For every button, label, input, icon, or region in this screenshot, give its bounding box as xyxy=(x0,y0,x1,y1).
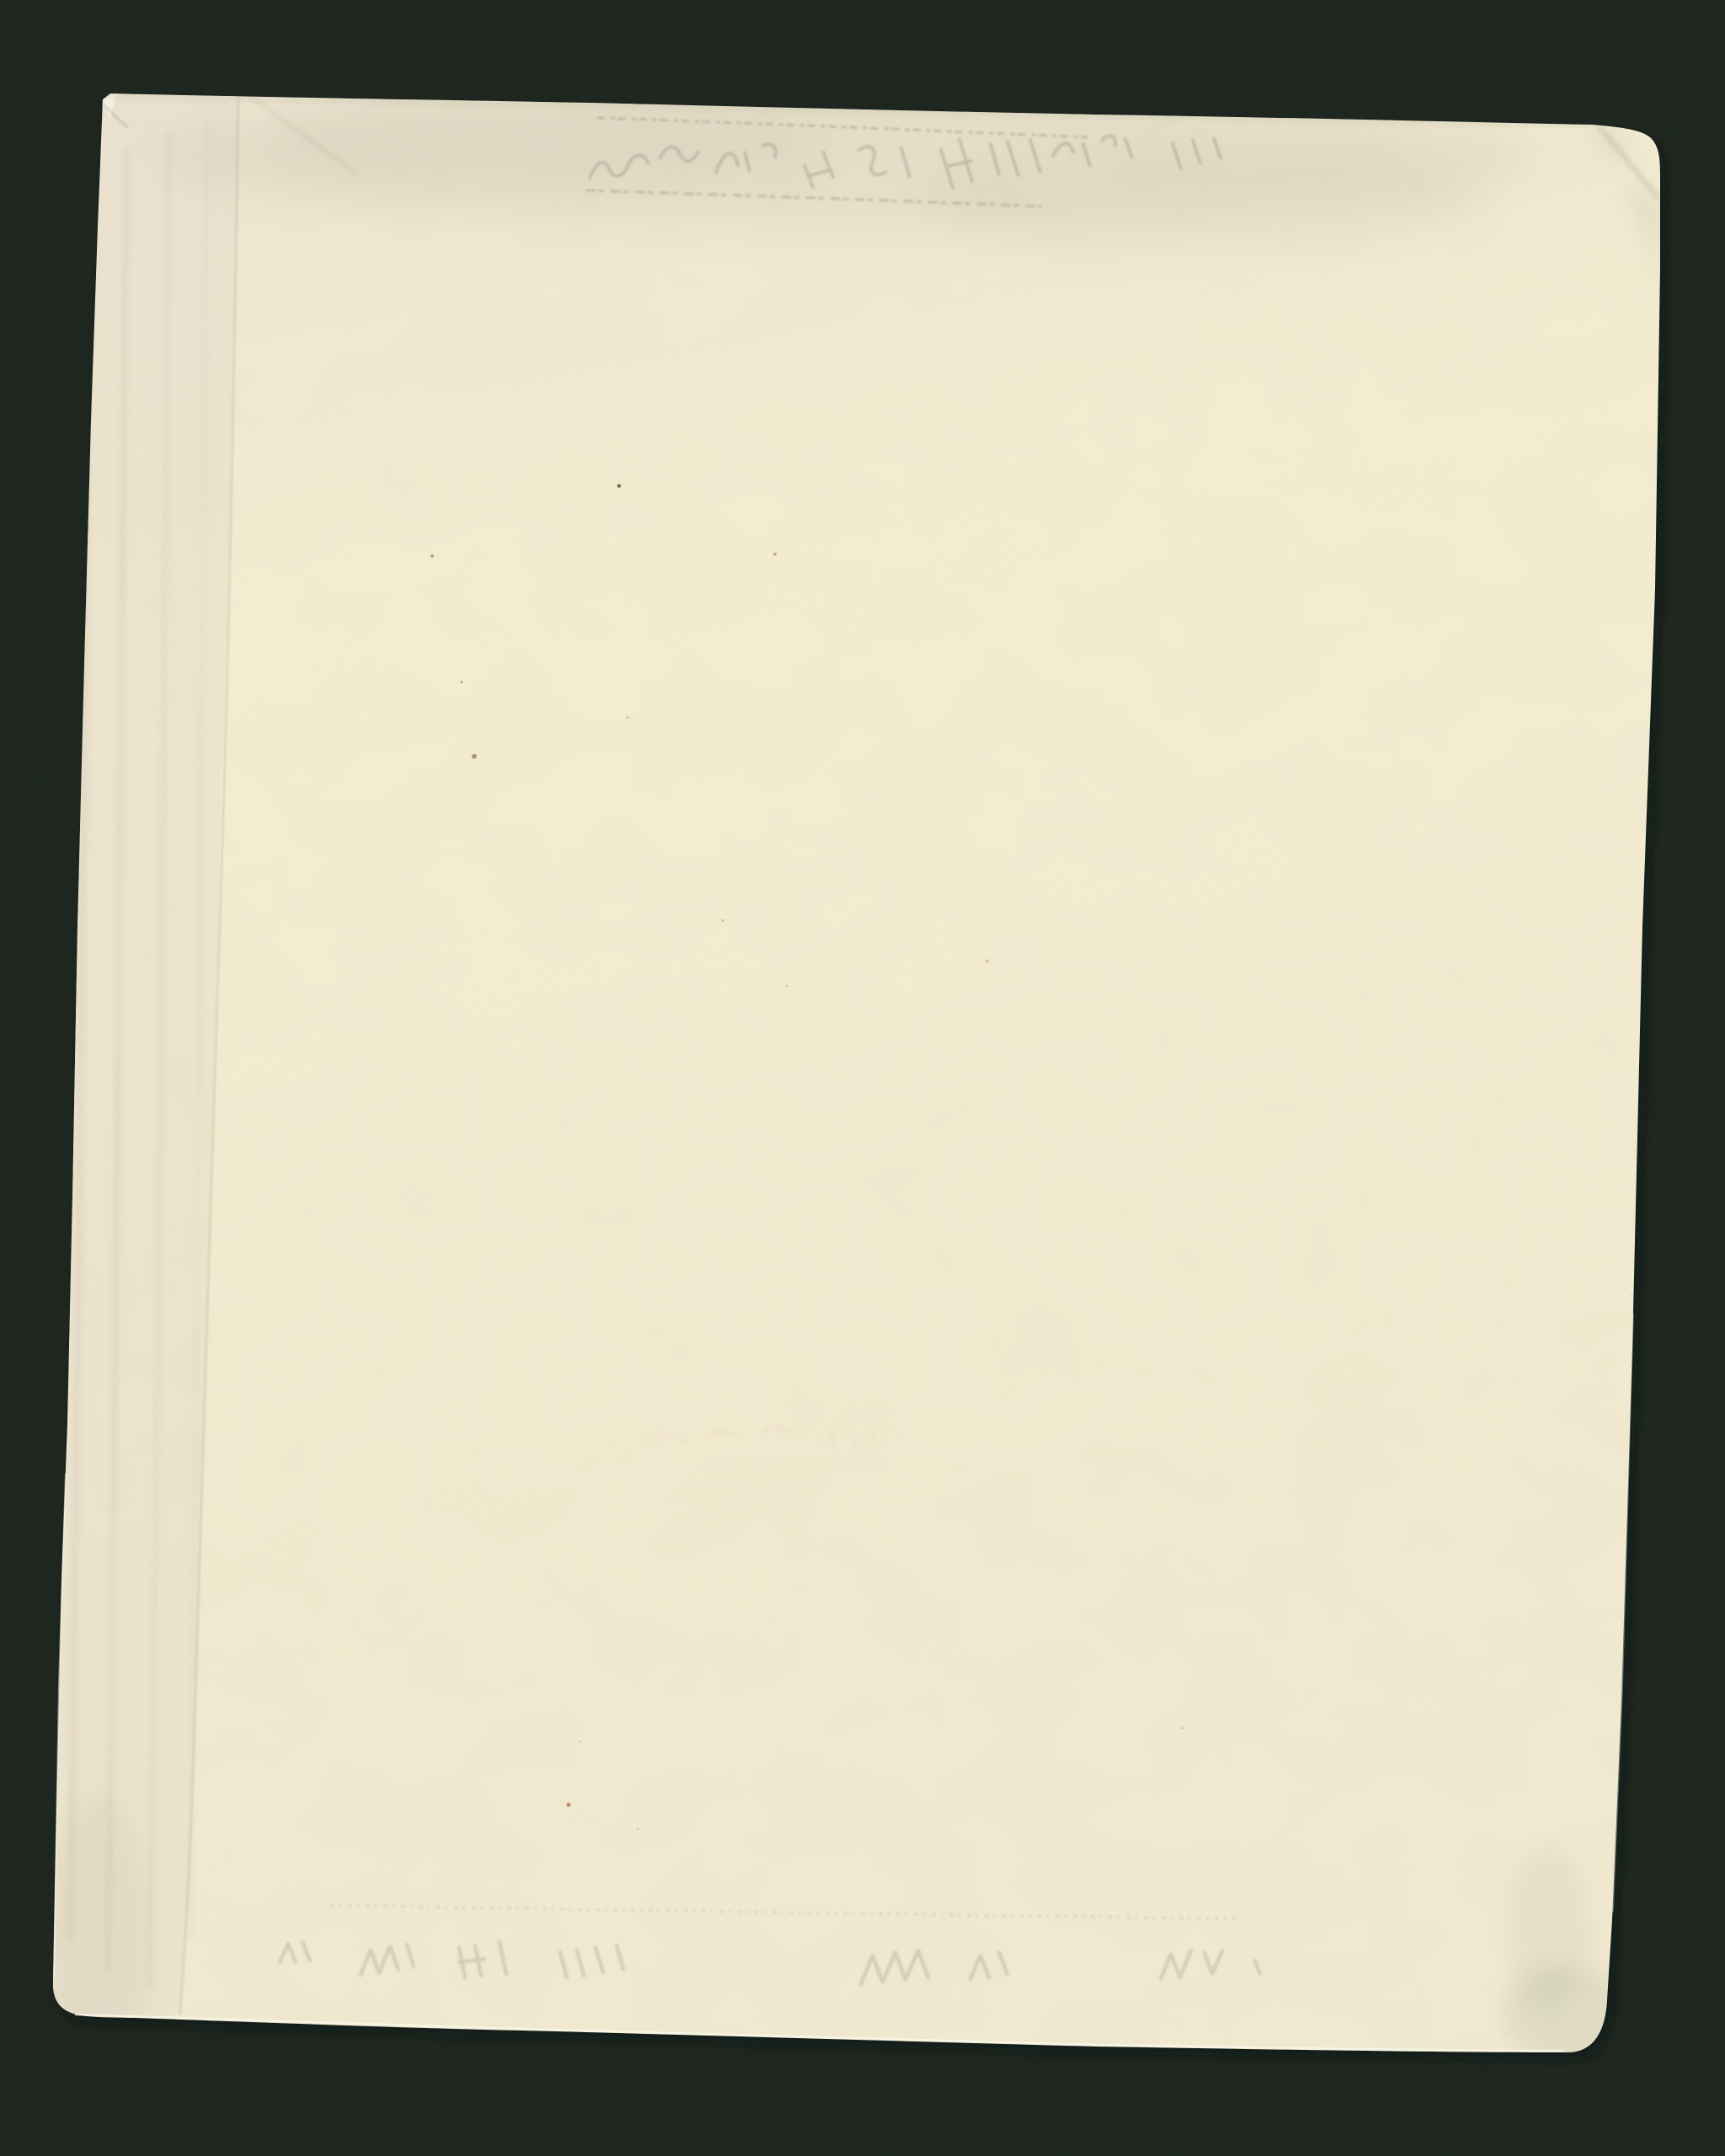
document-scan xyxy=(0,0,1725,2156)
scan-grain xyxy=(0,0,1725,2156)
scanned-page-view xyxy=(0,0,1725,2156)
